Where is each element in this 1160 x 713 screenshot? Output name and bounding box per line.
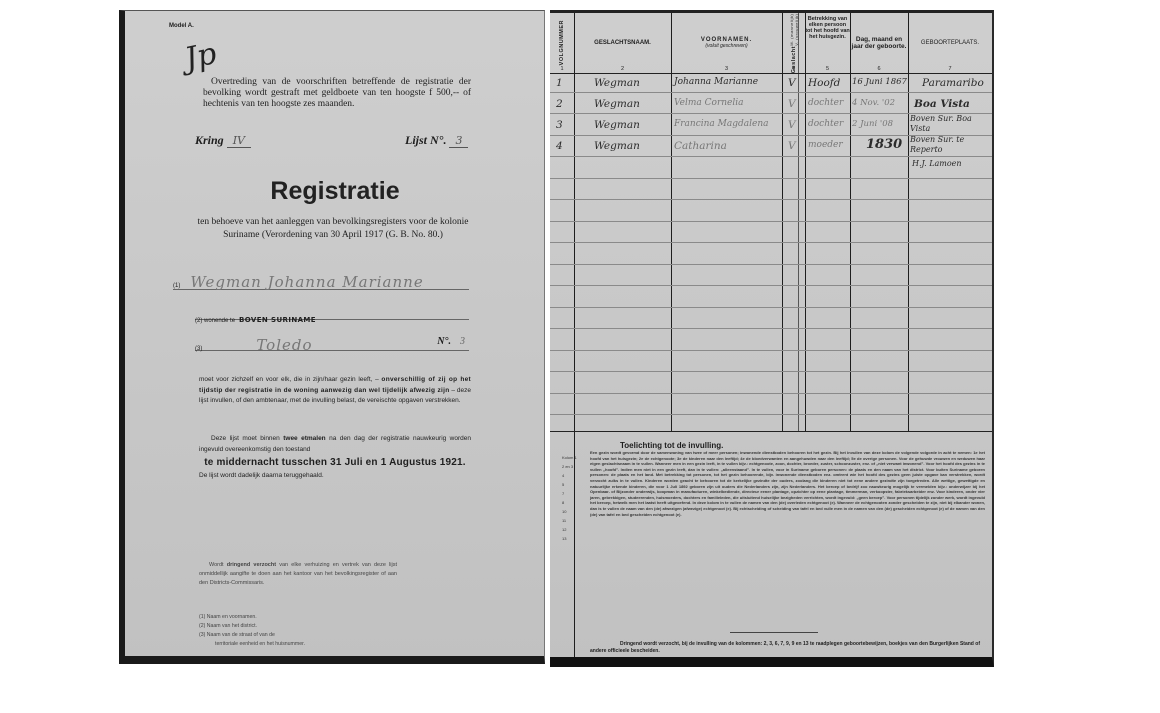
header-number: 2 xyxy=(621,66,624,72)
surname-cell: Wegman xyxy=(594,119,640,131)
header-number: 1 xyxy=(560,66,563,72)
relation-cell: Hoofd xyxy=(808,77,840,89)
footnote: territoriale eenheid en het huisnummer. xyxy=(199,640,305,649)
surname-cell: Wegman xyxy=(594,140,640,152)
footnote: (1) Naam en voornamen. xyxy=(199,613,305,622)
given-names-cell: Francina Magdalena xyxy=(674,119,769,129)
district-field-label: (2) wonende te xyxy=(195,318,235,324)
margin-note: 8 xyxy=(562,498,577,507)
moving-notice: Wordt dringend verzocht van elke verhuiz… xyxy=(199,561,397,588)
relation-cell: moeder xyxy=(808,140,843,150)
column-divider xyxy=(574,13,575,657)
row-divider xyxy=(550,178,992,179)
row-divider xyxy=(550,221,992,222)
row-number: 1 xyxy=(556,77,563,89)
header-label: Betrekking van elken persoon tot het hoo… xyxy=(805,16,850,40)
footnote: (2) Naam van het district. xyxy=(199,622,305,631)
given-names-cell: Velma Cornelia xyxy=(674,98,744,108)
birthplace-cell: Boven Sur. Boa Vista xyxy=(910,114,990,134)
margin-note: 10 xyxy=(562,507,577,516)
instructions-title: Toelichting tot de invulling. xyxy=(620,441,723,450)
margin-note: 5 xyxy=(562,480,577,489)
margin-note: 11 xyxy=(562,516,577,525)
margin-note: 12 xyxy=(562,525,577,534)
column-divider xyxy=(671,13,672,431)
header-voornamen: VOORNAMEN. (voluit geschreven) 3 xyxy=(671,13,782,73)
column-divider xyxy=(798,13,799,431)
deadline-paragraph: Deze lijst moet binnen twee etmalen na d… xyxy=(199,434,471,455)
header-geboorteplaats: GEBOORTEPLAATS. 7 xyxy=(908,13,992,73)
left-page-registration-form: Model A. Jp Overtreding van de voorschri… xyxy=(119,10,545,664)
house-number-value: 3 xyxy=(460,336,465,347)
row-divider xyxy=(550,414,992,415)
handwritten-initials: Jp xyxy=(182,36,220,77)
birthplace-cell: Boven Sur. te Reperto xyxy=(910,135,990,155)
column-divider xyxy=(850,13,851,431)
birth-date-cell: 4 Nov. '02 xyxy=(852,98,895,108)
relation-cell: dochter xyxy=(808,119,843,129)
margin-note: 2 en 3 xyxy=(562,462,577,471)
district-field-value: BOVEN SURINAME xyxy=(239,316,316,324)
lijst-label: Lijst N°. xyxy=(405,133,446,147)
lijst-field: Lijst N°. 3 xyxy=(405,133,468,148)
deadline-emphasis: twee etmalen xyxy=(283,435,325,442)
header-label: GESLACHTSNAAM. xyxy=(594,40,651,46)
relation-cell: dochter xyxy=(808,98,843,108)
address-field-label: (3) xyxy=(195,346,202,352)
header-label: Dag, maand en jaar der geboorte. xyxy=(850,36,908,50)
collection-note: De lijst wordt dadelijk daarna teruggeha… xyxy=(199,472,324,479)
row-divider xyxy=(550,307,992,308)
name-field-value: Wegman Johanna Marianne xyxy=(190,273,423,291)
address-field: (3) Toledo N°. 3 xyxy=(195,336,469,351)
kring-field: Kring IV xyxy=(195,133,251,148)
header-number: 4 xyxy=(792,66,795,72)
row-divider xyxy=(550,242,992,243)
given-names-cell: Johanna Marianne xyxy=(674,77,758,87)
margin-note: 13 xyxy=(562,534,577,543)
moving-text: Wordt xyxy=(209,562,224,568)
row-divider xyxy=(550,264,992,265)
row-divider xyxy=(550,92,992,93)
section-divider xyxy=(730,632,818,633)
birthplace-cell: Paramaribo xyxy=(922,77,984,89)
birth-date-cell: 1830 xyxy=(866,137,902,152)
right-page-register-table: VOLGNUMMER 1 GESLACHTSNAAM. 2 VOORNAMEN.… xyxy=(550,10,994,667)
moving-emphasis: dringend verzocht xyxy=(227,562,276,568)
penalty-notice: Overtreding van de voorschriften betreff… xyxy=(203,77,471,110)
header-number: 3 xyxy=(725,66,728,72)
row-divider xyxy=(550,199,992,200)
instructions-body: Een gezin wordt gevormd door de samenwon… xyxy=(590,450,985,517)
header-divider xyxy=(550,73,992,74)
document-subtitle: ten behoeve van het aanleggen van bevolk… xyxy=(195,216,471,242)
margin-note: 7 xyxy=(562,489,577,498)
header-betrekking: Betrekking van elken persoon tot het hoo… xyxy=(805,13,850,73)
row-divider xyxy=(550,285,992,286)
row-divider xyxy=(550,371,992,372)
model-label: Model A. xyxy=(169,23,194,29)
header-geslachtsnaam: GESLACHTSNAAM. 2 xyxy=(574,13,671,73)
row-number: 2 xyxy=(556,98,563,110)
deadline-text: Deze lijst moet binnen xyxy=(211,435,280,442)
birth-date-cell: 2 Juni '08 xyxy=(852,119,893,129)
official-signature: H.J. Lamoen xyxy=(912,159,962,168)
header-number: 7 xyxy=(948,66,951,72)
given-names-cell: Catharina xyxy=(674,140,727,152)
header-label: VOLGNUMMER xyxy=(559,20,565,65)
consultation-notice: Dringend wordt verzocht, bij de invullin… xyxy=(590,641,980,655)
birthplace-cell: Boa Vista xyxy=(914,98,970,110)
instruction-text: moet voor zichzelf en voor elk, die in z… xyxy=(199,376,379,383)
surname-cell: Wegman xyxy=(594,77,640,89)
row-divider xyxy=(550,328,992,329)
margin-note: Kolom 1 xyxy=(562,453,577,462)
sex-cell: V xyxy=(788,119,796,131)
header-sublabel: (voluit geschreven) xyxy=(705,43,747,49)
margin-note: 4 xyxy=(562,471,577,480)
row-divider xyxy=(550,350,992,351)
row-number: 4 xyxy=(556,140,563,152)
footnote: (3) Naam van de straat of van de xyxy=(199,631,305,640)
table-bottom-border xyxy=(550,431,992,432)
column-divider xyxy=(805,13,806,431)
house-number-label: N°. xyxy=(437,336,451,347)
birth-date-cell: 16 Juni 1867 xyxy=(852,77,907,87)
lijst-value: 3 xyxy=(449,134,468,148)
surname-cell: Wegman xyxy=(594,98,640,110)
header-volgnummer: VOLGNUMMER 1 xyxy=(550,13,574,73)
name-field-label: (1) xyxy=(173,283,180,289)
header-geslacht: M. (mannelijk) V. (vrouwelijk) Geslacht … xyxy=(782,13,805,73)
header-sublabel: M. (mannelijk) V. (vrouwelijk) xyxy=(789,13,799,46)
deadline-date: te middernacht tusschen 31 Juli en 1 Aug… xyxy=(199,457,471,468)
row-divider xyxy=(550,156,992,157)
column-divider xyxy=(908,13,909,431)
header-number: 6 xyxy=(877,66,880,72)
address-field-value: Toledo xyxy=(256,336,312,354)
sex-cell: V xyxy=(788,77,796,89)
kring-value: IV xyxy=(227,134,251,148)
district-field: (2) wonende te BOVEN SURINAME xyxy=(195,309,469,320)
instruction-margin-notes: Kolom 1 2 en 3 4 5 7 8 10 11 12 13 xyxy=(562,453,577,543)
footnotes: (1) Naam en voornamen. (2) Naam van het … xyxy=(199,613,305,649)
column-divider xyxy=(782,13,783,431)
header-number: 5 xyxy=(826,66,829,72)
kring-label: Kring xyxy=(195,133,224,147)
sex-cell: V xyxy=(788,98,796,110)
row-number: 3 xyxy=(556,119,563,131)
document-title: Registratie xyxy=(125,177,545,206)
instruction-paragraph: moet voor zichzelf en voor elk, die in z… xyxy=(199,375,471,407)
sex-cell: V xyxy=(788,140,796,152)
name-field: (1) Wegman Johanna Marianne xyxy=(173,273,469,290)
header-geboortedatum: Dag, maand en jaar der geboorte. 6 xyxy=(850,13,908,73)
row-divider xyxy=(550,393,992,394)
header-label: GEBOORTEPLAATS. xyxy=(921,40,979,46)
